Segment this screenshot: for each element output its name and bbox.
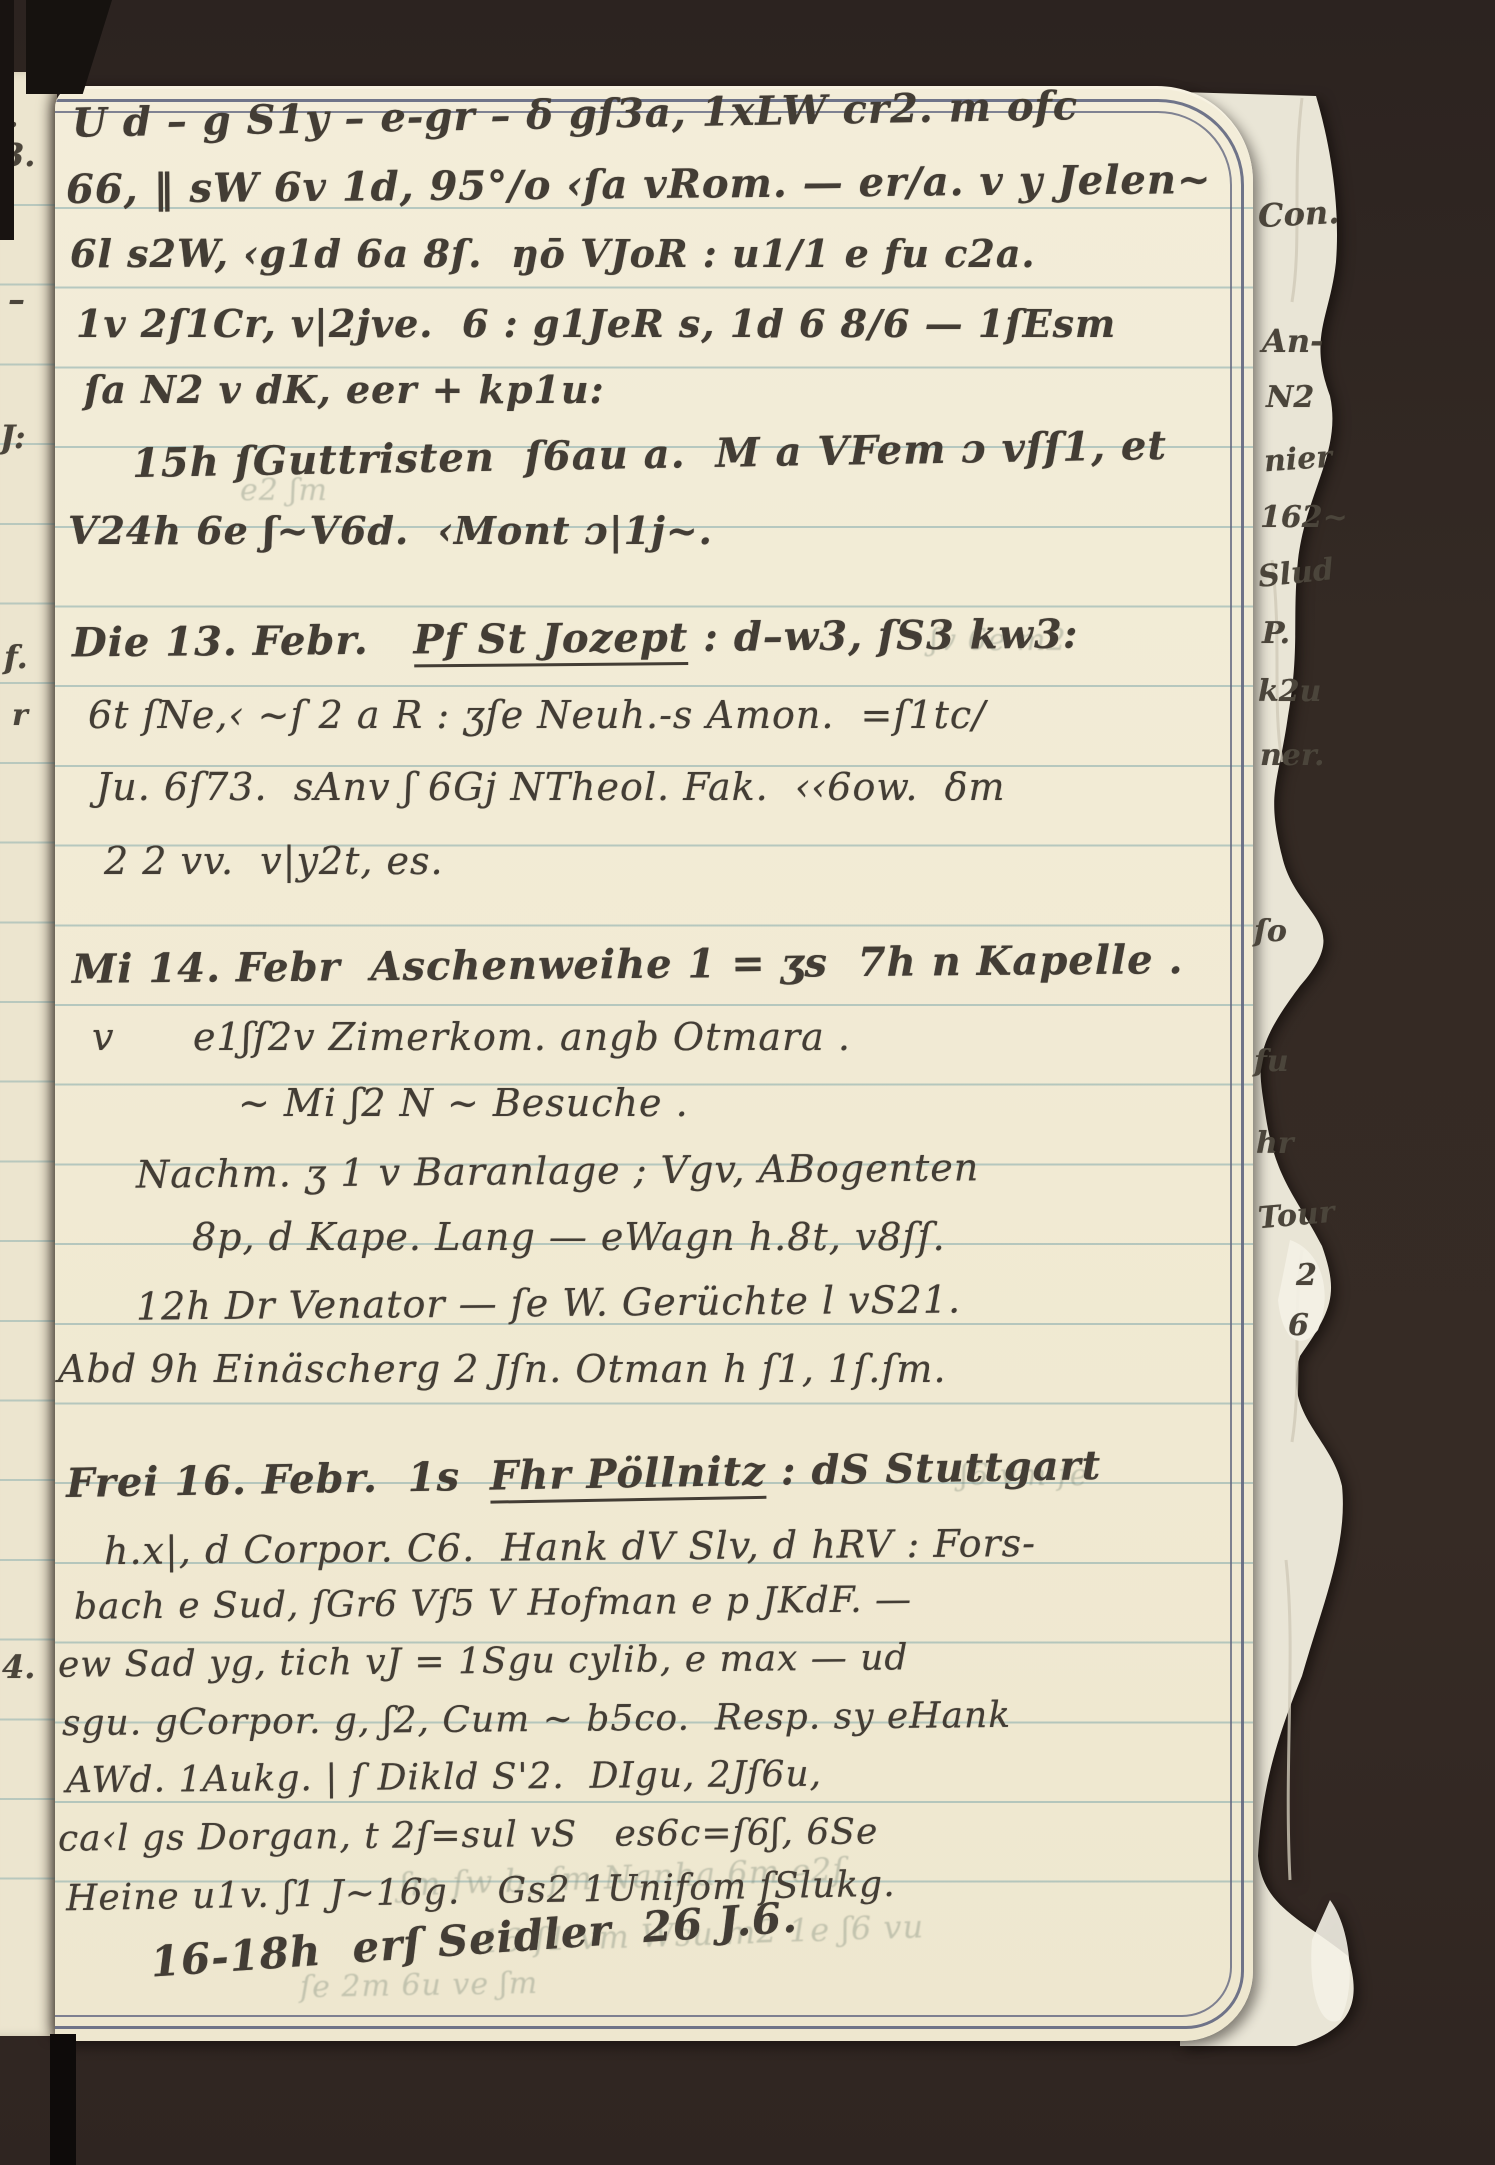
- handwriting-line: Ju. 6ſ73. sAnv ʃ 6Gj NTheol. Fak. ‹‹6ow.…: [96, 765, 1006, 809]
- handwriting-line: bach e Sud, ſGr6 Vſ5 V Hofman e p JKdF. …: [74, 1579, 912, 1627]
- diary-scan-photo: { "scan": { "description": "Scanned page…: [0, 0, 1495, 2165]
- handwriting-line: 6t ſNe,‹ ~ſ 2 a R : ʒſe Neuh.-s Amon. =ſ…: [88, 693, 986, 737]
- handwriting-line: sgu. gCorpor. g, ʃ2, Cum ~ b5co. Resp. s…: [62, 1695, 1011, 1744]
- handwriting-line: V24h 6e ʃ~V6d. ‹Mont ɔ|1j~.: [68, 508, 713, 553]
- underlined-heading: Pf St Jozept: [413, 614, 688, 667]
- handwriting-line: 12h Dr Venator — ſe W. Gerüchte l vS21.: [136, 1277, 961, 1328]
- diary-page: e2 ʃm ʃv 6e m2 ʃ6 vm ſe ʃm ſw b, ſm Nanh…: [55, 86, 1253, 2041]
- line-post: : d–w3, ſS3 kw3:: [688, 611, 1079, 661]
- cutoff-character: r: [12, 698, 28, 733]
- cutoff-character: f.: [4, 638, 28, 676]
- handwriting-line-date-13-febr: Die 13. Febr. Pf St Jozept : d–w3, ſS3 k…: [72, 611, 1079, 667]
- handwriting-line: Nachm. ʒ 1 v Baranlage ; Vgv, ABogenten: [136, 1145, 980, 1196]
- handwriting-line: ew Sad yg, tich vJ = 1Sgu cylib, e max —…: [58, 1637, 909, 1685]
- handwriting-line: ſa N2 v dK, eer + kp1u:: [84, 367, 605, 412]
- rule-lines: [0, 204, 57, 1886]
- handwriting-line: U d – g S1y – e-gr – δ gſ3a, 1xLW cr2. m…: [72, 86, 1079, 147]
- handwriting-line: 66, ‖ sW 6v 1d, 95°/o ‹ſa vRom. — er/a. …: [66, 156, 1212, 213]
- handwriting-line: AWd. 1Aukg. | ſ Dikld S'2. DIgu, 2Jſ6u,: [66, 1754, 822, 1802]
- handwriting-line: ~ Mi ʃ2 N ~ Besuche .: [238, 1081, 689, 1125]
- cutoff-character: –: [8, 280, 25, 320]
- handwriting-line: 2 2 vv. v|y2t, es.: [104, 839, 444, 883]
- handwriting-line: v e1ʃſ2v Zimerkom. angb Otmara .: [92, 1015, 851, 1059]
- cutoff-character: 4.: [2, 1648, 35, 1686]
- handwriting-line: 8p, d Kape. Lang — eWagn h.8t, v8ſſ.: [192, 1215, 946, 1259]
- line-pre: Die 13. Febr.: [72, 616, 414, 666]
- line-post: : dS Stuttgart: [765, 1442, 1101, 1495]
- handwriting-line-date-14-febr: Mi 14. Febr Aschenweihe 1 = ʒs 7h n Kape…: [72, 936, 1184, 993]
- line-pre: Frei 16. Febr. 1s: [66, 1453, 491, 1507]
- cutoff-character: J:: [0, 418, 26, 456]
- handwriting-line: h.x|, d Corpor. C6. Hank dV Slv, d hRV :…: [104, 1521, 1036, 1573]
- binding-edge: [50, 2034, 76, 2165]
- handwriting-line: ca‹l gs Dorgan, t 2ſ=sul vS es6c=ſ6ʃ, 6S…: [58, 1811, 879, 1859]
- handwriting-line: 6l s2W, ‹g1d 6a 8ſ. ŋō VJoR : u1/1 e fu …: [70, 231, 1036, 276]
- gutter-page-sliver: . 3. – J: f. r 4.: [0, 72, 57, 2036]
- handwriting-line: Abd 9h Einäscherg 2 Jſn. Otman h ſ1, 1ſ.…: [58, 1347, 947, 1391]
- handwriting-line: 1v 2ſ1Cr, v|2jve. 6 : g1JeR s, 1d 6 8/6 …: [76, 301, 1116, 346]
- underlined-heading: Fhr Pöllnitz: [489, 1448, 766, 1504]
- gutter-shadow: [0, 0, 14, 240]
